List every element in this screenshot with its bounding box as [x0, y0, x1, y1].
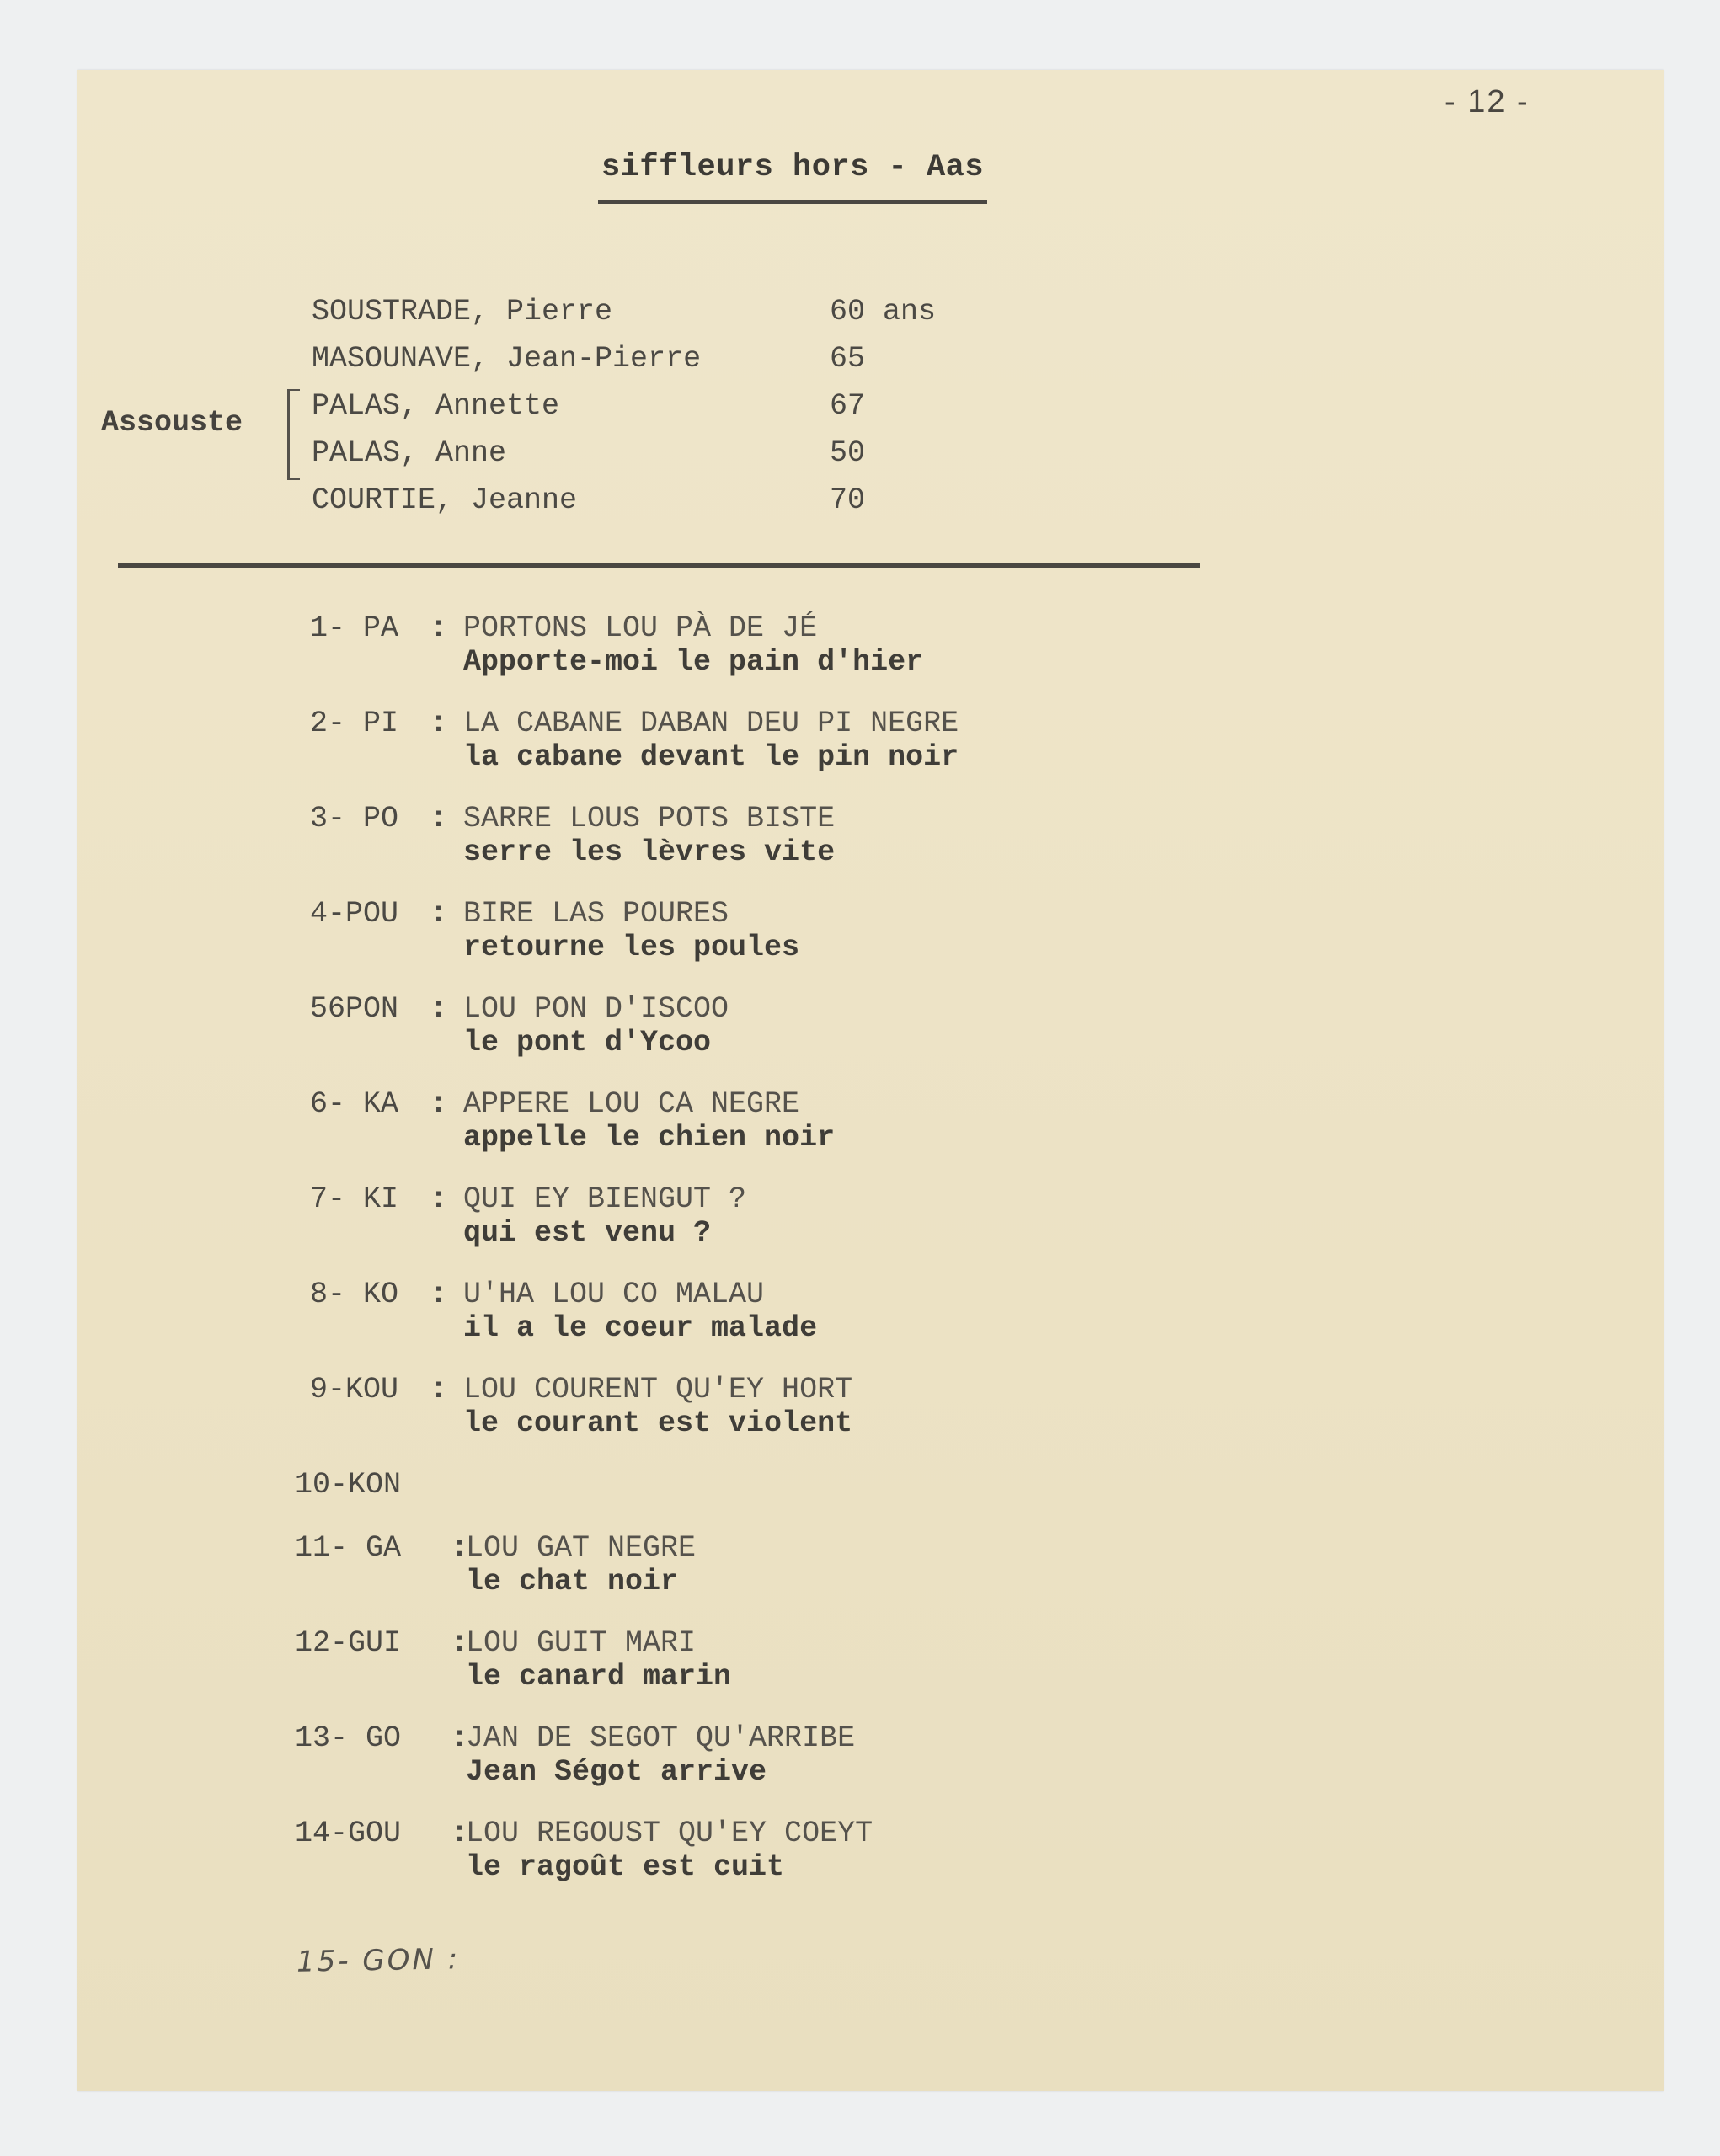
french-translation: Jean Ségot arrive — [466, 1755, 767, 1789]
french-translation: le courant est violent — [463, 1406, 852, 1440]
page-title: siffleurs hors - Aas — [601, 150, 984, 185]
entry-label: 11- GA — [295, 1531, 401, 1565]
french-translation: la cabane devant le pin noir — [463, 740, 959, 774]
entry-colon: : — [430, 802, 447, 835]
french-translation: le canard marin — [466, 1660, 731, 1694]
entry-colon: : — [430, 1278, 447, 1311]
informant-name: PALAS, Annette — [312, 389, 559, 423]
entry-colon: : — [430, 1087, 447, 1121]
french-translation: le ragoût est cuit — [466, 1850, 784, 1884]
gascon-phrase: BIRE LAS POURES — [463, 897, 729, 931]
informant-age: 70 — [830, 483, 865, 517]
entry-colon: : — [430, 992, 447, 1026]
entry-colon: : — [430, 707, 447, 740]
entry-colon: : — [430, 897, 447, 931]
french-translation: le chat noir — [466, 1565, 678, 1598]
french-translation: il a le coeur malade — [463, 1311, 817, 1345]
entry-label: 9-KOU — [310, 1373, 398, 1406]
informant-age: 60 ans — [830, 295, 936, 328]
entry-label: 3- PO — [310, 802, 398, 835]
informant-name: PALAS, Anne — [312, 436, 506, 470]
informant-name: SOUSTRADE, Pierre — [312, 295, 612, 328]
group-label: Assouste — [101, 406, 243, 440]
gascon-phrase: LOU GUIT MARI — [466, 1626, 696, 1660]
entry-colon: : — [430, 611, 447, 645]
page-number: - 12 - — [1445, 84, 1530, 120]
entry-label: 1- PA — [310, 611, 398, 645]
section-divider — [118, 563, 1200, 568]
gascon-phrase: QUI EY BIENGUT ? — [463, 1182, 746, 1216]
entry-label: 4-POU — [310, 897, 398, 931]
gascon-phrase: LA CABANE DABAN DEU PI NEGRE — [463, 707, 959, 740]
entry-label: 13- GO — [295, 1721, 401, 1755]
gascon-phrase: LOU PON D'ISCOO — [463, 992, 729, 1026]
french-translation: qui est venu ? — [463, 1216, 711, 1250]
gascon-phrase: APPERE LOU CA NEGRE — [463, 1087, 799, 1121]
entry-label: 14-GOU — [295, 1817, 401, 1850]
entry-label: 12-GUI — [295, 1626, 401, 1660]
group-bracket — [287, 389, 300, 480]
french-translation: retourne les poules — [463, 931, 799, 964]
handwritten-note: 15- GON : — [296, 1942, 461, 1978]
gascon-phrase: LOU GAT NEGRE — [466, 1531, 696, 1565]
gascon-phrase: PORTONS LOU PÀ DE JÉ — [463, 611, 817, 645]
french-translation: Apporte-moi le pain d'hier — [463, 645, 923, 679]
title-underline — [598, 200, 987, 204]
entry-label: 10-KON — [295, 1468, 401, 1502]
french-translation: le pont d'Ycoo — [463, 1026, 711, 1059]
gascon-phrase: SARRE LOUS POTS BISTE — [463, 802, 835, 835]
gascon-phrase: JAN DE SEGOT QU'ARRIBE — [466, 1721, 855, 1755]
entry-label: 8- KO — [310, 1278, 398, 1311]
gascon-phrase: LOU REGOUST QU'EY COEYT — [466, 1817, 873, 1850]
entry-colon: : — [430, 1373, 447, 1406]
informant-name: MASOUNAVE, Jean-Pierre — [312, 342, 701, 376]
french-translation: appelle le chien noir — [463, 1121, 835, 1155]
informant-name: COURTIE, Jeanne — [312, 483, 577, 517]
informant-age: 65 — [830, 342, 865, 376]
informant-age: 67 — [830, 389, 865, 423]
entry-label: 7- KI — [310, 1182, 398, 1216]
entry-label: 56PON — [310, 992, 398, 1026]
gascon-phrase: LOU COURENT QU'EY HORT — [463, 1373, 852, 1406]
informant-age: 50 — [830, 436, 865, 470]
entry-label: 2- PI — [310, 707, 398, 740]
entry-label: 6- KA — [310, 1087, 398, 1121]
entry-colon: : — [430, 1182, 447, 1216]
gascon-phrase: U'HA LOU CO MALAU — [463, 1278, 764, 1311]
french-translation: serre les lèvres vite — [463, 835, 835, 869]
